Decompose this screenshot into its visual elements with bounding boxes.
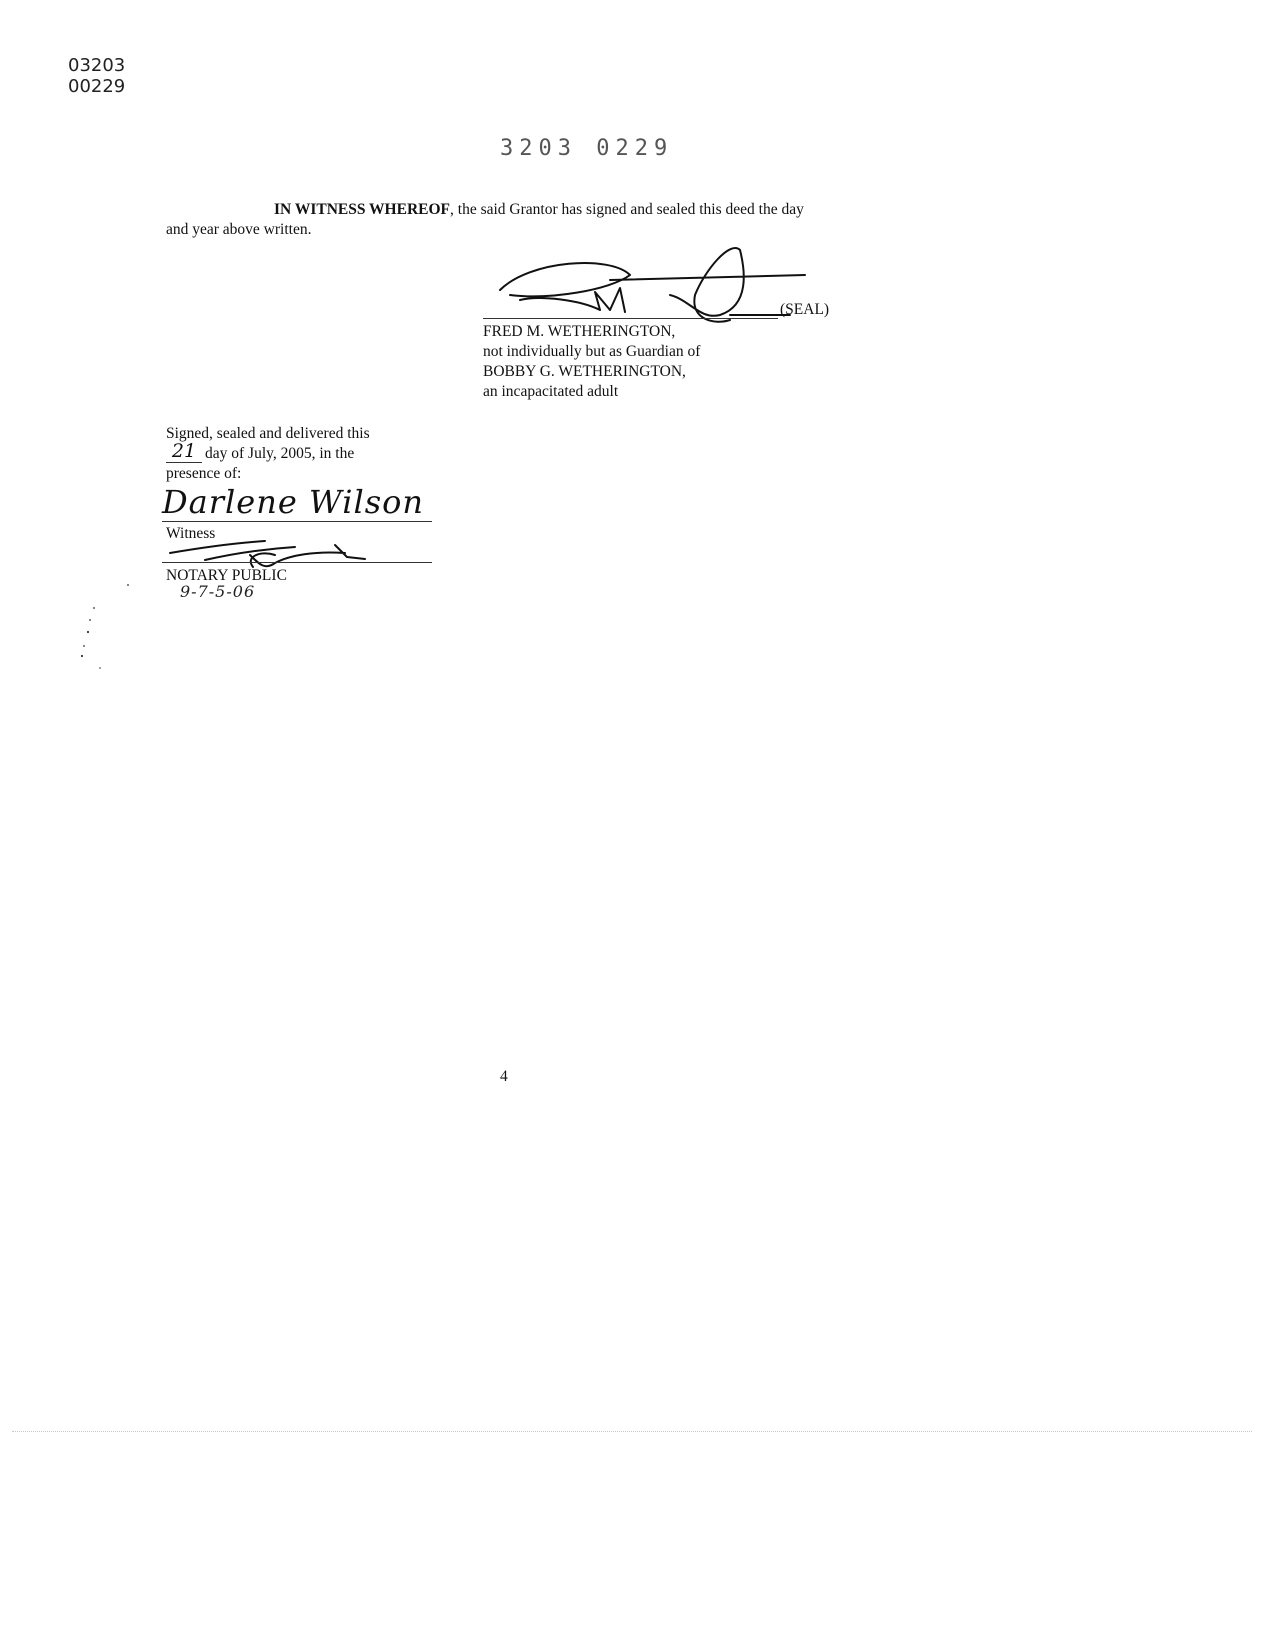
grantor-signature (490, 240, 820, 330)
page-footer-number: 4 (500, 1067, 508, 1087)
scan-artifacts (70, 580, 130, 670)
witness-signature: Darlene Wilson (162, 484, 424, 520)
witness-signature-line (162, 521, 432, 522)
recording-stamp: 3203 0229 (500, 136, 673, 161)
execution-line-3: presence of: (166, 464, 241, 484)
witness-whereof-lead: IN WITNESS WHEREOF (274, 201, 450, 218)
grantor-signature-line (483, 318, 778, 319)
scan-divider (12, 1431, 1252, 1432)
notary-expiry-handwritten: 9-7-5-06 (180, 582, 255, 601)
witness-whereof-continuation: and year above written. (166, 220, 311, 240)
witness-whereof-line: IN WITNESS WHEREOF, the said Grantor has… (274, 200, 804, 220)
page-number-ref: 00229 (68, 76, 125, 98)
grantor-capacity: not individually but as Guardian of (483, 342, 700, 362)
grantor-name: FRED M. WETHERINGTON, (483, 322, 675, 342)
ward-name: BOBBY G. WETHERINGTON, (483, 362, 686, 382)
seal-label: (SEAL) (780, 300, 829, 320)
book-number: 03203 (68, 55, 125, 77)
ward-description: an incapacitated adult (483, 382, 618, 402)
notary-signature-line (162, 562, 432, 563)
execution-line-2: day of July, 2005, in the (205, 444, 354, 464)
execution-day-handwritten: 21 (166, 440, 202, 463)
witness-whereof-text: , the said Grantor has signed and sealed… (450, 201, 804, 218)
